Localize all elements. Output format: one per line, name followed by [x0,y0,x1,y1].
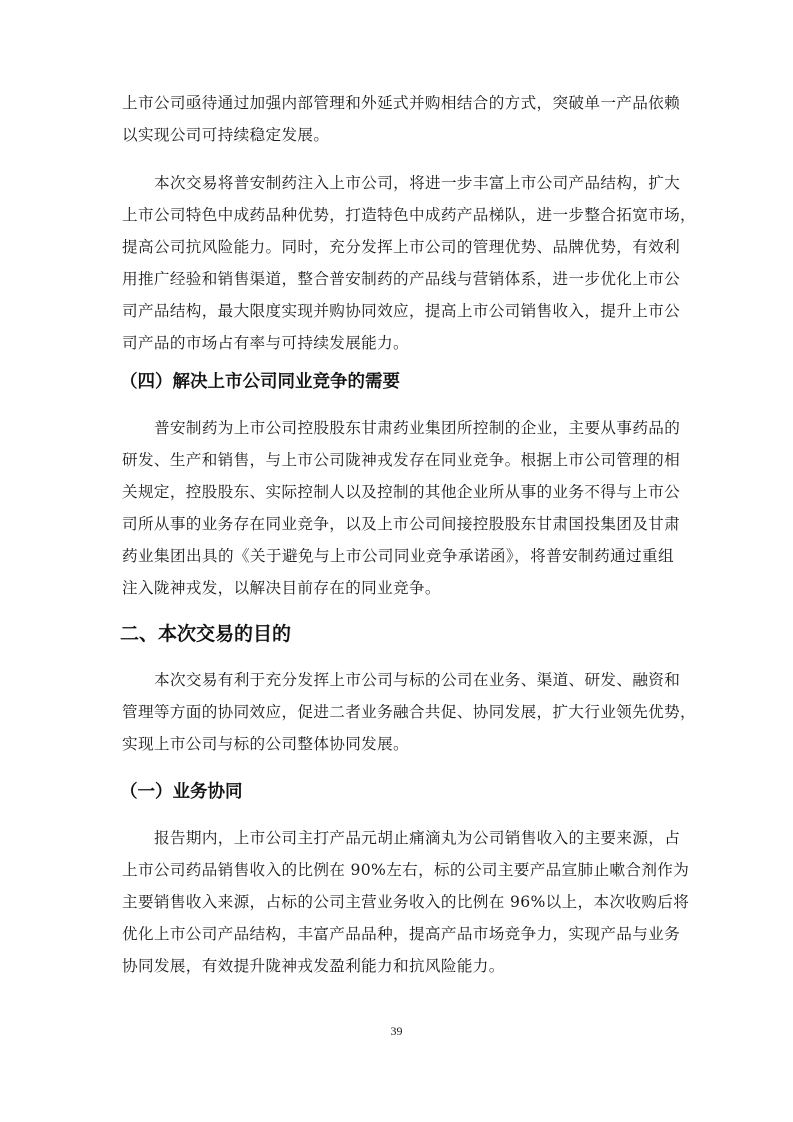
paragraph-line: 研发、生产和销售，与上市公司陇神戎发存在同业竞争。根据上市公司管理的相 [122,450,674,470]
paragraph-line: 注入陇神戎发，以解决目前存在的同业竞争。 [122,578,674,598]
paragraph-line: 报告期内，上市公司主打产品元胡止痛滴丸为公司销售收入的主要来源，占 [154,828,674,848]
paragraph-line: 司所从事的业务存在同业竞争，以及上市公司间接控股股东甘肃国投集团及甘肃 [122,514,674,534]
paragraph-line: 药业集团出具的《关于避免与上市公司同业竞争承诺函》，将普安制药通过重组 [122,546,674,566]
section-heading: （一）业务协同 [120,780,243,804]
paragraph-line: 实现上市公司与标的公司整体协同发展。 [122,734,674,754]
paragraph-line: 以实现公司可持续稳定发展。 [122,125,674,145]
paragraph-line: 普安制药为上市公司控股股东甘肃药业集团所控制的企业，主要从事药品的 [154,418,674,438]
paragraph-line: 优化上市公司产品结构，丰富产品品种，提高产品市场竞争力，实现产品与业务 [122,924,674,944]
paragraph-line: 本次交易将普安制药注入上市公司，将进一步丰富上市公司产品结构，扩大 [154,173,674,193]
paragraph-line: 提高公司抗风险能力。同时，充分发挥上市公司的管理优势、品牌优势，有效利 [122,237,674,257]
paragraph-line: 上市公司亟待通过加强内部管理和外延式并购相结合的方式，突破单一产品依赖 [122,93,674,113]
paragraph-line: 管理等方面的协同效应，促进二者业务融合共促、协同发展，扩大行业领先优势， [122,702,674,722]
paragraph-line: 司产品结构，最大限度实现并购协同效应，提高上市公司销售收入，提升上市公 [122,301,674,321]
section-heading: （四）解决上市公司同业竞争的需要 [120,370,400,394]
paragraph-line: 本次交易有利于充分发挥上市公司与标的公司在业务、渠道、研发、融资和 [154,670,674,690]
page-number: 39 [0,1024,793,1039]
paragraph-line: 上市公司特色中成药品种优势，打造特色中成药产品梯队，进一步整合拓宽市场， [122,205,674,225]
paragraph-line: 用推广经验和销售渠道，整合普安制药的产品线与营销体系，进一步优化上市公 [122,269,674,289]
paragraph-line: 上市公司药品销售收入的比例在 90%左右，标的公司主要产品宣肺止嗽合剂作为 [122,860,674,880]
paragraph-line: 协同发展，有效提升陇神戎发盈利能力和抗风险能力。 [122,956,674,976]
paragraph-line: 关规定，控股股东、实际控制人以及控制的其他企业所从事的业务不得与上市公 [122,482,674,502]
document-page: 上市公司亟待通过加强内部管理和外延式并购相结合的方式，突破单一产品依赖 以实现公… [0,0,793,1122]
paragraph-line: 主要销售收入来源，占标的公司主营业务收入的比例在 96%以上，本次收购后将 [122,892,674,912]
paragraph-line: 司产品的市场占有率与可持续发展能力。 [122,333,674,353]
chapter-heading: 二、本次交易的目的 [120,621,291,647]
